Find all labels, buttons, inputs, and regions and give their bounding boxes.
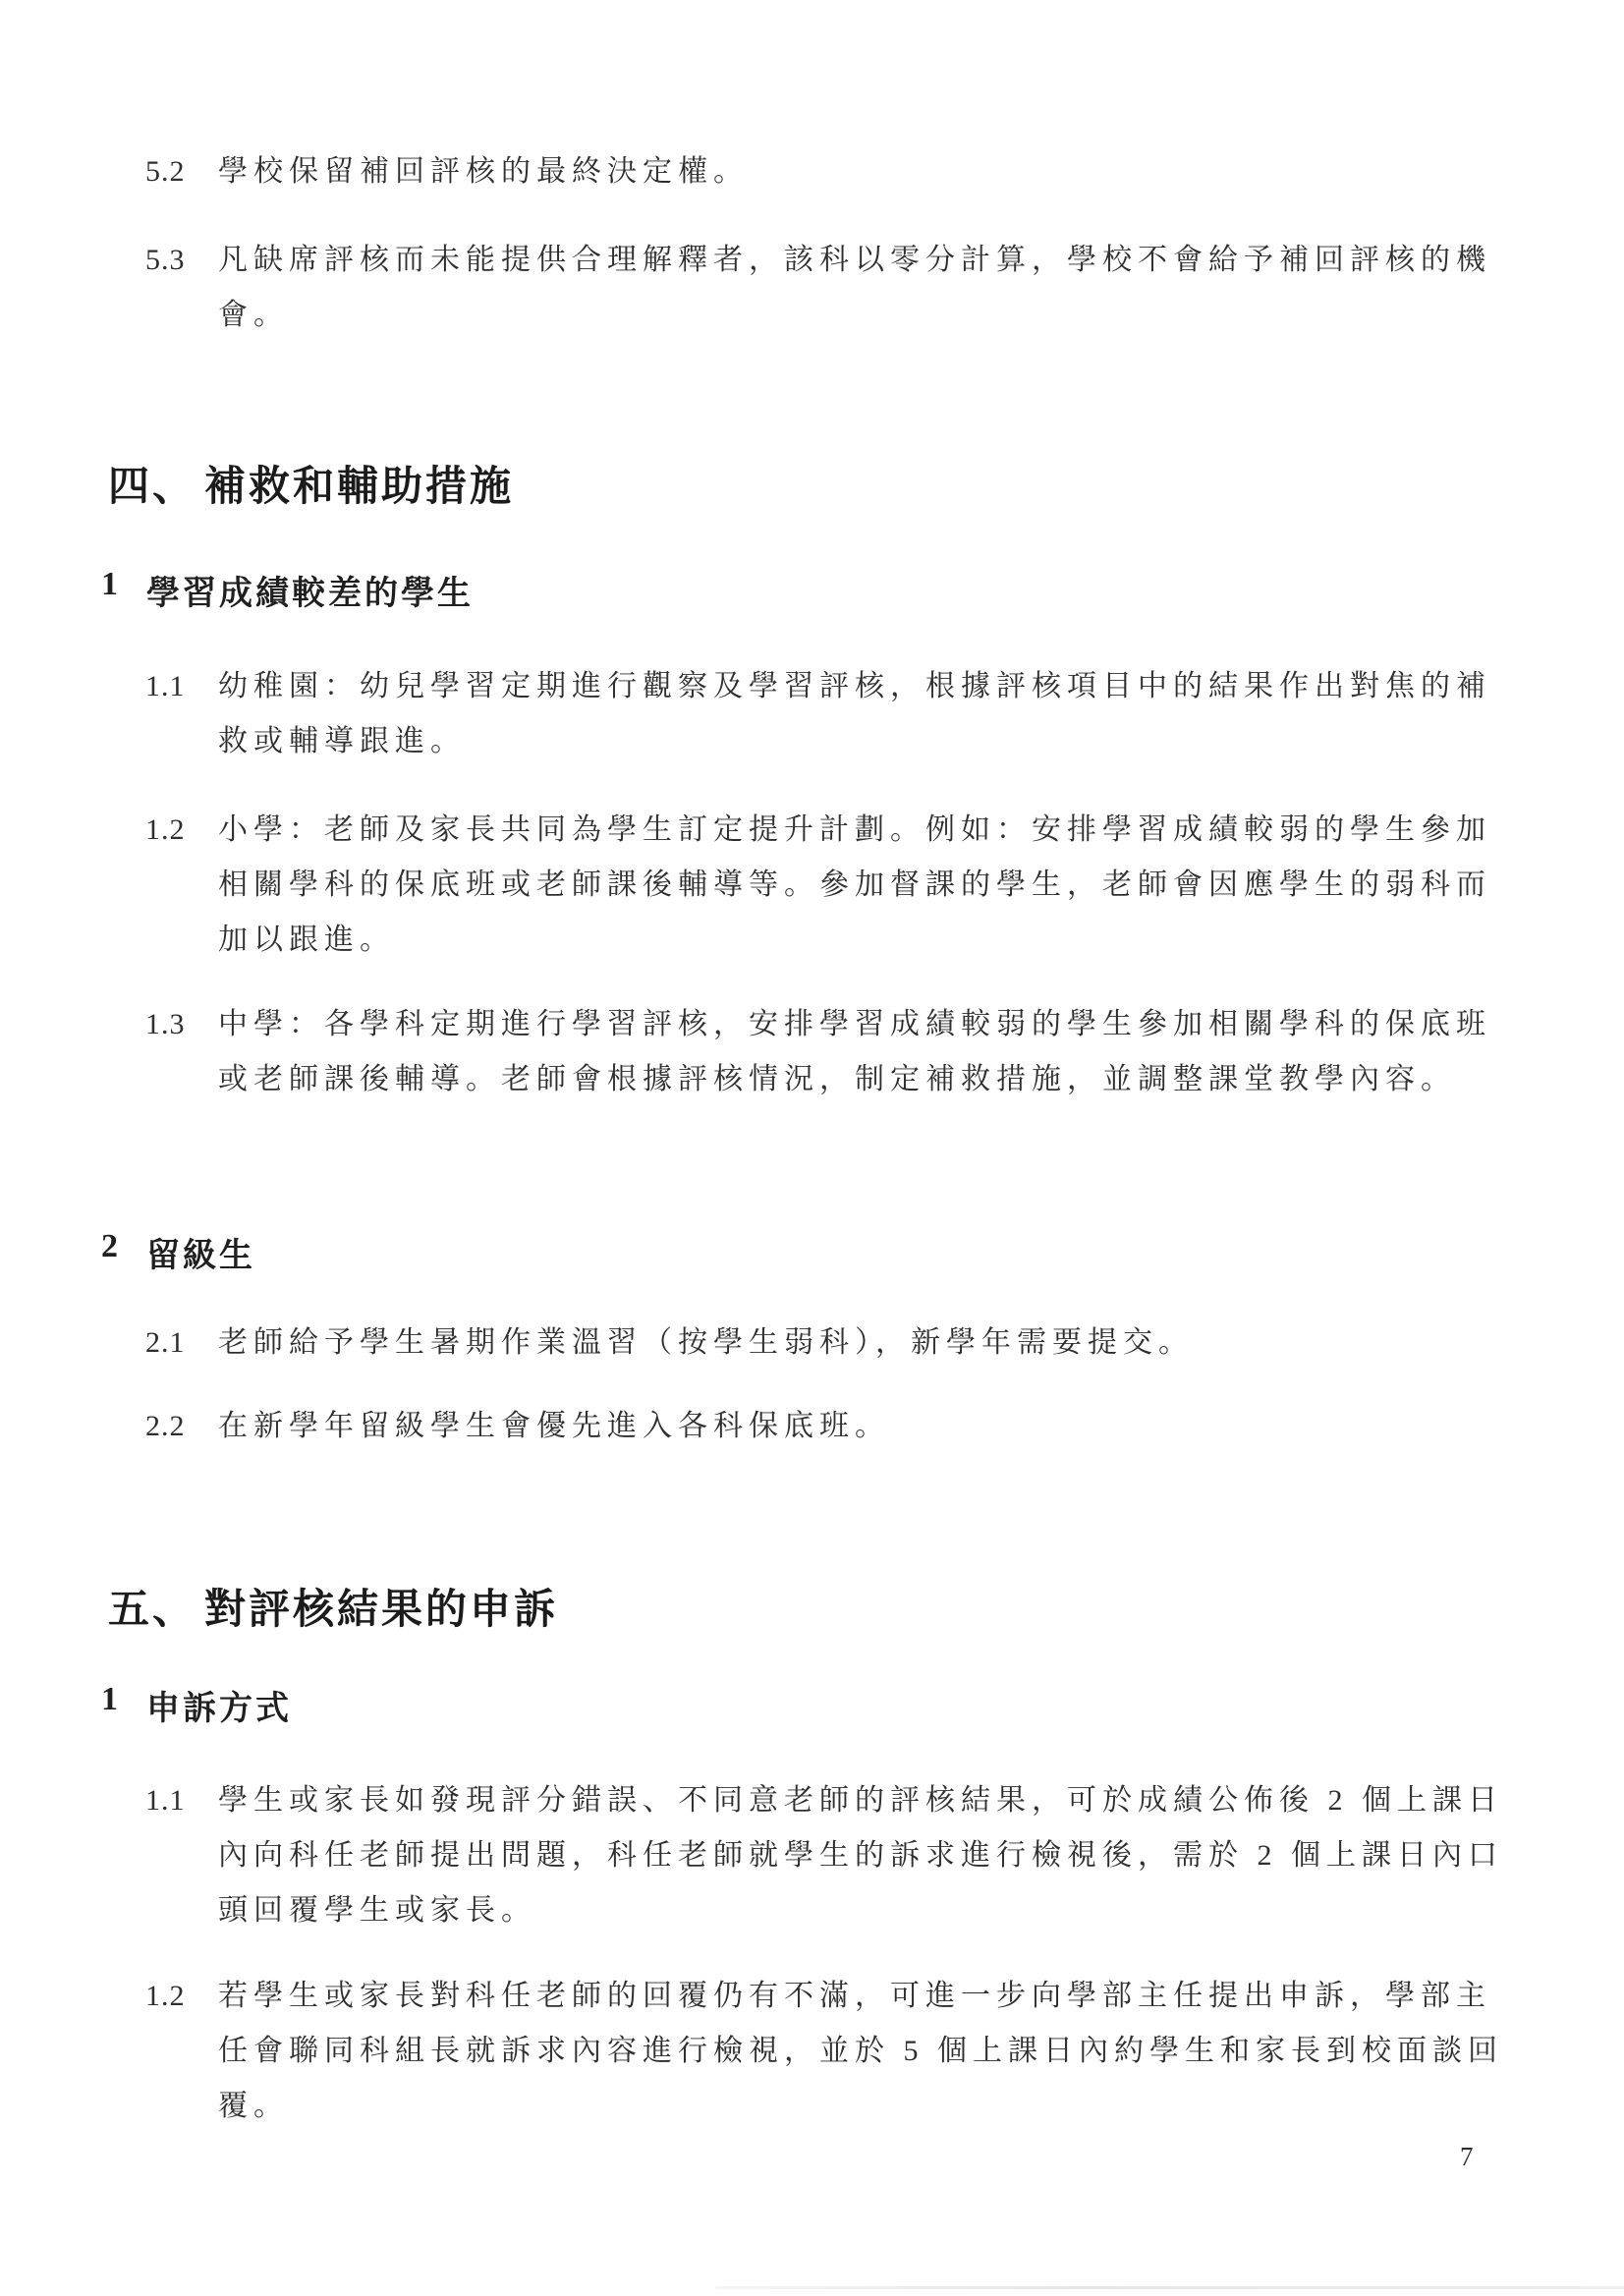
scan-artifact-line: [715, 2286, 1624, 2289]
item-number: 1.1: [145, 1773, 218, 1828]
item-text-line: 內向科任老師提出問題，科任老師就學生的訴求進行檢視後，需於 2 個上課日內口: [218, 1828, 1535, 1883]
subsection-number: 1: [101, 1681, 146, 1729]
item-text-line: 老師給予學生暑期作業溫習（按學生弱科），新學年需要提交。: [218, 1316, 1535, 1371]
item-text-line: 救或輔導跟進。: [218, 714, 1535, 769]
item-text: 學生或家長如發現評分錯誤、不同意老師的評核結果，可於成績公佈後 2 個上課日 內…: [218, 1773, 1535, 1938]
section-title: 補救和輔助措施: [204, 465, 514, 510]
item-text: 老師給予學生暑期作業溫習（按學生弱科），新學年需要提交。: [218, 1316, 1535, 1371]
item-text-line: 覆。: [218, 2079, 1535, 2134]
item-text: 小學：老師及家長共同為學生訂定提升計劃。例如：安排學習成績較弱的學生參加 相關學…: [218, 803, 1535, 968]
item-number: 1.2: [145, 1969, 218, 2024]
page-number: 7: [1460, 2142, 1474, 2172]
item-text: 學校保留補回評核的最終決定權。: [218, 144, 1535, 199]
item-number: 5.2: [145, 144, 218, 199]
item-number: 2.1: [145, 1316, 218, 1371]
subsection-title: 學習成績較差的學生: [146, 566, 474, 614]
item-number: 5.3: [145, 233, 218, 288]
list-item: 1.3 中學：各學科定期進行學習評核，安排學習成績較弱的學生參加相關學科的保底班…: [145, 997, 1535, 1107]
subsection-number: 2: [101, 1228, 146, 1276]
subsection-heading: 2 留級生: [101, 1228, 255, 1276]
list-item: 1.2 小學：老師及家長共同為學生訂定提升計劃。例如：安排學習成績較弱的學生參加…: [145, 803, 1535, 968]
list-item: 5.2 學校保留補回評核的最終決定權。: [145, 144, 1535, 199]
item-text-line: 凡缺席評核而未能提供合理解釋者，該科以零分計算，學校不會給予補回評核的機: [218, 233, 1535, 288]
item-text-line: 會。: [218, 288, 1535, 343]
item-number: 1.1: [145, 659, 218, 714]
item-text-line: 學校保留補回評核的最終決定權。: [218, 144, 1535, 199]
item-number: 1.2: [145, 803, 218, 858]
item-text: 在新學年留級學生會優先進入各科保底班。: [218, 1399, 1535, 1454]
list-item: 2.2 在新學年留級學生會優先進入各科保底班。: [145, 1399, 1535, 1454]
item-text-line: 相關學科的保底班或老師課後輔導等。參加督課的學生，老師會因應學生的弱科而: [218, 858, 1535, 913]
subsection-title: 留級生: [146, 1228, 255, 1276]
item-text-line: 加以跟進。: [218, 913, 1535, 968]
subsection-number: 1: [101, 566, 146, 614]
list-item: 1.2 若學生或家長對科任老師的回覆仍有不滿，可進一步向學部主任提出申訴，學部主…: [145, 1969, 1535, 2134]
item-text-line: 在新學年留級學生會優先進入各科保底班。: [218, 1399, 1535, 1454]
document-page: 5.2 學校保留補回評核的最終決定權。 5.3 凡缺席評核而未能提供合理解釋者，…: [0, 0, 1624, 2296]
list-item: 1.1 幼稚園：幼兒學習定期進行觀察及學習評核，根據評核項目中的結果作出對焦的補…: [145, 659, 1535, 769]
item-text-line: 任會聯同科組長就訴求內容進行檢視，並於 5 個上課日內約學生和家長到校面談回: [218, 2024, 1535, 2079]
section-heading: 五、對評核結果的申訴: [108, 1577, 558, 1636]
section-heading: 四、補救和輔助措施: [108, 454, 514, 513]
list-item: 2.1 老師給予學生暑期作業溫習（按學生弱科），新學年需要提交。: [145, 1316, 1535, 1371]
item-text-line: 中學：各學科定期進行學習評核，安排學習成績較弱的學生參加相關學科的保底班: [218, 997, 1535, 1052]
item-text-line: 幼稚園：幼兒學習定期進行觀察及學習評核，根據評核項目中的結果作出對焦的補: [218, 659, 1535, 714]
item-text: 中學：各學科定期進行學習評核，安排學習成績較弱的學生參加相關學科的保底班 或老師…: [218, 997, 1535, 1107]
item-text: 若學生或家長對科任老師的回覆仍有不滿，可進一步向學部主任提出申訴，學部主 任會聯…: [218, 1969, 1535, 2134]
item-number: 2.2: [145, 1399, 218, 1454]
subsection-heading: 1 學習成績較差的學生: [101, 566, 474, 614]
item-text-line: 學生或家長如發現評分錯誤、不同意老師的評核結果，可於成績公佈後 2 個上課日: [218, 1773, 1535, 1828]
list-item: 5.3 凡缺席評核而未能提供合理解釋者，該科以零分計算，學校不會給予補回評核的機…: [145, 233, 1535, 343]
item-text: 凡缺席評核而未能提供合理解釋者，該科以零分計算，學校不會給予補回評核的機 會。: [218, 233, 1535, 343]
subsection-heading: 1 申訴方式: [101, 1681, 292, 1729]
section-number: 五、: [108, 1588, 196, 1633]
item-number: 1.3: [145, 997, 218, 1052]
section-title: 對評核結果的申訴: [204, 1588, 558, 1633]
item-text: 幼稚園：幼兒學習定期進行觀察及學習評核，根據評核項目中的結果作出對焦的補 救或輔…: [218, 659, 1535, 769]
subsection-title: 申訴方式: [146, 1681, 292, 1729]
section-number: 四、: [108, 465, 196, 510]
item-text-line: 或老師課後輔導。老師會根據評核情況，制定補救措施，並調整課堂教學內容。: [218, 1052, 1535, 1107]
item-text-line: 小學：老師及家長共同為學生訂定提升計劃。例如：安排學習成績較弱的學生參加: [218, 803, 1535, 858]
item-text-line: 頭回覆學生或家長。: [218, 1883, 1535, 1938]
item-text-line: 若學生或家長對科任老師的回覆仍有不滿，可進一步向學部主任提出申訴，學部主: [218, 1969, 1535, 2024]
list-item: 1.1 學生或家長如發現評分錯誤、不同意老師的評核結果，可於成績公佈後 2 個上…: [145, 1773, 1535, 1938]
